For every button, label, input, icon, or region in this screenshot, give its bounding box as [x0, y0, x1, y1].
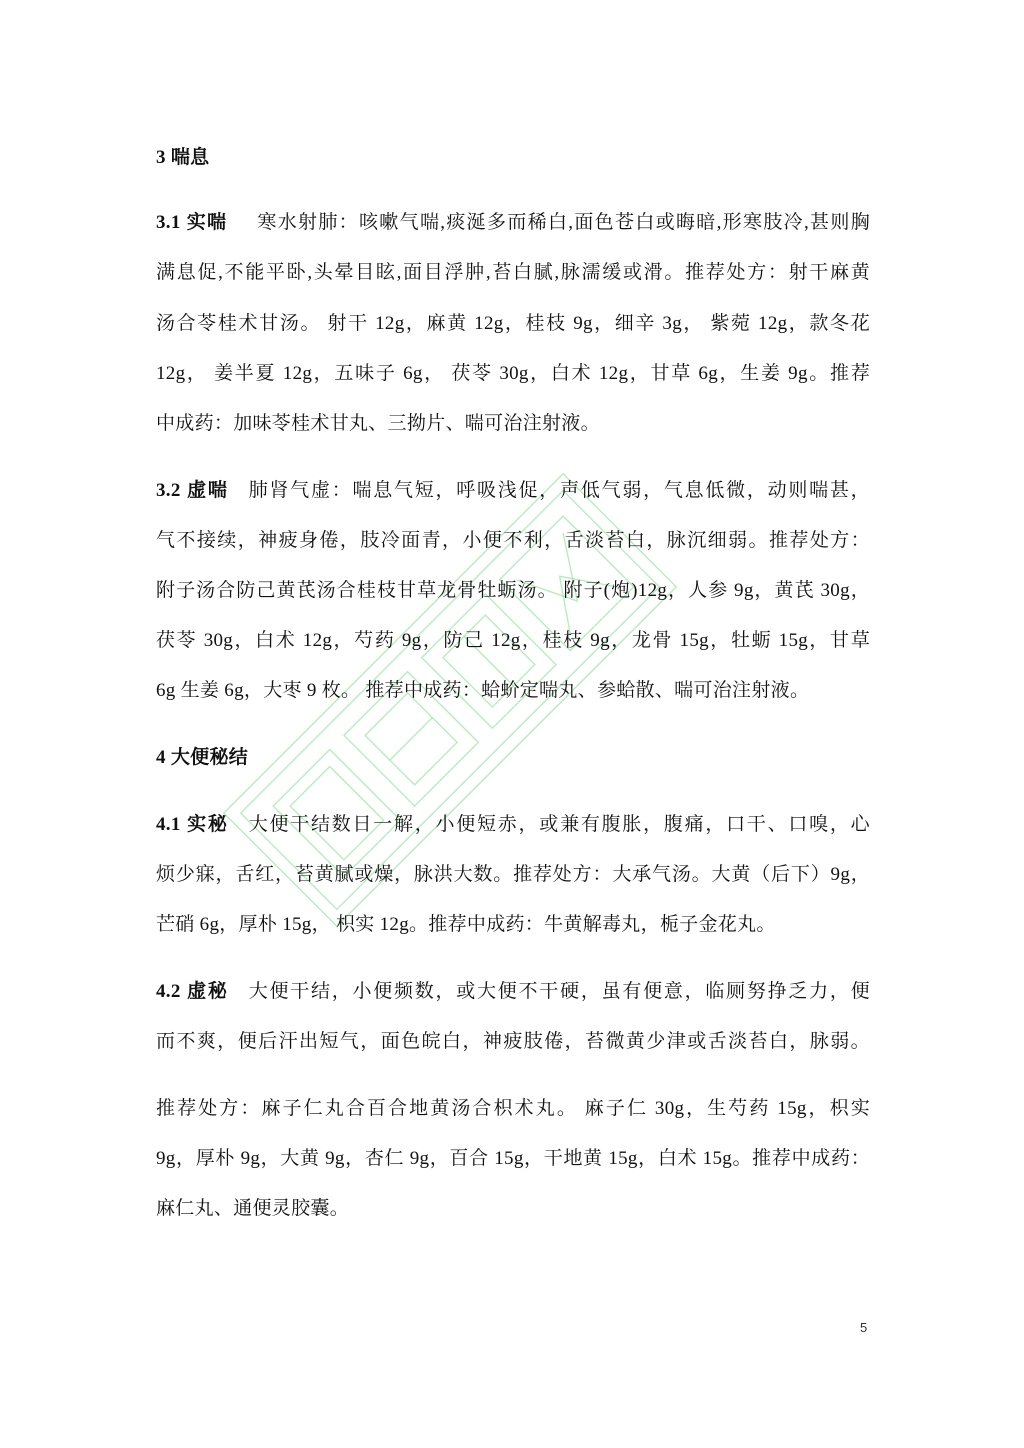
document-page: 3 喘息 3.1 实喘寒水射肺：咳嗽气喘,痰涎多而稀白,面色苍白或晦暗,形寒肢冷… [0, 0, 1024, 1448]
paragraph-line: 推荐处方：麻子仁丸合百合地黄汤合枳术丸。 麻子仁 30g，生芍药 15g，枳实 [156, 1096, 870, 1122]
subsection-label: 4.2 虚秘 [156, 981, 229, 1002]
paragraph-text: 肺肾气虚：喘息气短，呼吸浅促，声低气弱，气息低微，动则喘甚， [249, 480, 870, 501]
paragraph-line: 4.2 虚秘大便干结，小便频数，或大便不干硬，虽有便意，临厕努挣乏力，便 [156, 979, 870, 1005]
paragraph-text: 寒水射肺：咳嗽气喘,痰涎多而稀白,面色苍白或晦暗,形寒肢冷,甚则胸 [257, 212, 870, 233]
section-heading: 3 喘息 [156, 145, 870, 171]
section-heading-text: 3 喘息 [156, 147, 209, 168]
paragraph-line: 附子汤合防己黄芪汤合桂枝甘草龙骨牡蛎汤。 附子(炮)12g，人参 9g，黄芪 3… [156, 578, 870, 604]
subsection-label: 3.1 实喘 [156, 212, 227, 233]
paragraph-line: 满息促,不能平卧,头晕目眩,面目浮肿,苔白腻,脉濡缓或滑。推荐处方：射干麻黄 [156, 260, 870, 286]
paragraph-text: 大便干结数日一解，小便短赤，或兼有腹胀，腹痛，口干、口嗅，心 [249, 814, 870, 835]
subsection-label: 3.2 虚喘 [156, 480, 229, 501]
paragraph-line: 而不爽，便后汗出短气，面色皖白，神疲肢倦，苔微黄少津或舌淡苔白，脉弱。 [156, 1029, 870, 1055]
paragraph-line: 烦少寐，舌红，苔黄腻或燥，脉洪大数。推荐处方：大承气汤。大黄（后下）9g， [156, 862, 870, 888]
paragraph-line: 中成药：加味苓桂术甘丸、三拗片、喘可治注射液。 [156, 411, 870, 437]
paragraph-line: 汤合苓桂术甘汤。 射干 12g，麻黄 12g，桂枝 9g，细辛 3g， 紫菀 1… [156, 311, 870, 337]
subsection-label: 4.1 实秘 [156, 814, 229, 835]
paragraph-line: 麻仁丸、通便灵胶囊。 [156, 1196, 870, 1222]
paragraph-line: 4.1 实秘大便干结数日一解，小便短赤，或兼有腹胀，腹痛，口干、口嗅，心 [156, 812, 870, 838]
paragraph-line: 芒硝 6g，厚朴 15g， 枳实 12g。推荐中成药：牛黄解毒丸，栀子金花丸。 [156, 912, 870, 938]
paragraph-line: 气不接续，神疲身倦，肢冷面青，小便不利，舌淡苔白，脉沉细弱。推荐处方： [156, 528, 870, 554]
paragraph-line: 6g 生姜 6g，大枣 9 枚。 推荐中成药：蛤蚧定喘丸、参蛤散、喘可治注射液。 [156, 678, 870, 704]
section-heading: 4 大便秘结 [156, 745, 870, 771]
paragraph-text: 大便干结，小便频数，或大便不干硬，虽有便意，临厕努挣乏力，便 [249, 981, 870, 1002]
paragraph-line: 9g，厚朴 9g，大黄 9g，杏仁 9g，百合 15g，干地黄 15g，白术 1… [156, 1146, 870, 1172]
paragraph-line: 12g， 姜半夏 12g，五味子 6g， 茯苓 30g，白术 12g，甘草 6g… [156, 361, 870, 387]
paragraph-line: 茯苓 30g，白术 12g，芍药 9g，防己 12g，桂枝 9g，龙骨 15g，… [156, 628, 870, 654]
page-number: 5 [860, 1320, 867, 1335]
paragraph-line: 3.1 实喘寒水射肺：咳嗽气喘,痰涎多而稀白,面色苍白或晦暗,形寒肢冷,甚则胸 [156, 210, 870, 236]
section-heading-text: 4 大便秘结 [156, 747, 248, 768]
paragraph-line: 3.2 虚喘肺肾气虚：喘息气短，呼吸浅促，声低气弱，气息低微，动则喘甚， [156, 478, 870, 504]
